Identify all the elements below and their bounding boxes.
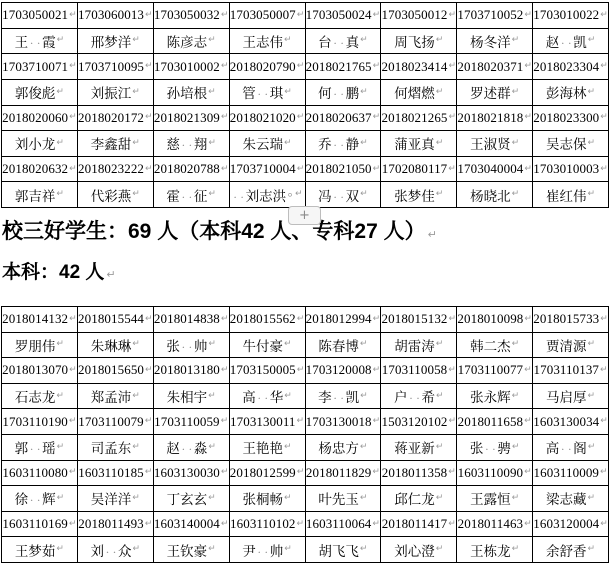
plus-icon: +: [299, 209, 310, 222]
end-of-cell-mark: ↵: [145, 62, 153, 71]
cell-text: 2018011829: [306, 465, 372, 481]
end-of-cell-mark: ↵: [132, 494, 140, 503]
student-id-cell[interactable]: 1702080117↵: [381, 157, 457, 183]
student-id-cell[interactable]: 2018020172↵: [78, 106, 154, 132]
space-dot-mark: ·: [566, 36, 573, 50]
end-of-cell-mark: ↵: [297, 11, 305, 20]
student-name-cell[interactable]: 王梦茹↵: [2, 537, 78, 563]
student-name-cell[interactable]: 代彩燕↵: [78, 182, 154, 208]
end-of-cell-mark: ↵: [436, 443, 444, 452]
student-id-cell[interactable]: 1703010003↵: [533, 157, 609, 183]
cell-text: 马启厚: [546, 386, 587, 406]
student-name-cell[interactable]: 郭吉祥↵: [2, 182, 78, 208]
student-name-cell[interactable]: 张桐畅↵: [230, 486, 306, 512]
space-dot-mark: ·: [111, 545, 118, 559]
student-name-cell[interactable]: 杨晓北↵: [457, 182, 533, 208]
student-name-cell[interactable]: 胡飞飞↵: [306, 537, 382, 563]
student-id-cell[interactable]: 1603120004↵: [533, 512, 609, 538]
student-name-cell[interactable]: 张··帅↵: [154, 333, 230, 359]
end-of-cell-mark: ↵: [436, 494, 444, 503]
cell-text: 2018012599: [230, 465, 296, 481]
cell-text: 王艳艳: [243, 437, 284, 457]
student-name-cell[interactable]: 韩二杰↵: [457, 333, 533, 359]
end-of-cell-mark: ↵: [208, 494, 216, 503]
student-name-cell[interactable]: 管··琪↵: [230, 80, 306, 106]
student-name-cell[interactable]: 刘小龙↵: [2, 131, 78, 157]
student-id-cell[interactable]: 2018015132↵: [381, 307, 457, 333]
end-of-cell-mark: ↵: [221, 11, 229, 20]
end-of-cell-mark: ↵: [448, 165, 456, 174]
student-name-cell[interactable]: 孙培根↵: [154, 80, 230, 106]
student-name-cell[interactable]: 梁志藏↵: [533, 486, 609, 512]
end-of-cell-mark: ↵: [436, 545, 444, 554]
student-name-cell[interactable]: 邢梦洋↵: [78, 29, 154, 55]
cell-text: 邱仁龙: [394, 488, 435, 508]
space-dot-mark: ·: [490, 442, 497, 456]
end-of-cell-mark: ↵: [448, 366, 456, 375]
cell-text: 王淑贤: [470, 133, 511, 153]
table-insert-plus-button[interactable]: +: [288, 206, 321, 225]
end-of-cell-mark: ↵: [56, 545, 64, 554]
student-id-cell[interactable]: 2018011493↵: [78, 512, 154, 538]
end-of-cell-mark: ↵: [372, 468, 380, 477]
cell-text: 1703150005: [230, 362, 296, 378]
student-id-cell[interactable]: 2018015544↵: [78, 307, 154, 333]
cell-text: 1603120004: [533, 516, 599, 532]
student-id-cell[interactable]: 1703040004↵: [457, 157, 533, 183]
student-name-cell[interactable]: 王露恒↵: [457, 486, 533, 512]
end-of-cell-mark: ↵: [145, 417, 153, 426]
student-id-cell[interactable]: 1703060013↵: [78, 3, 154, 29]
student-name-cell[interactable]: 崔红伟↵: [533, 182, 609, 208]
student-id-cell[interactable]: 1603130034↵: [533, 409, 609, 435]
student-id-cell[interactable]: 2018011463↵: [457, 512, 533, 538]
end-of-cell-mark: ↵: [221, 113, 229, 122]
student-name-cell[interactable]: 张梦佳↵: [381, 182, 457, 208]
student-name-cell[interactable]: 蒋亚新↵: [381, 435, 457, 461]
student-awards-table-1: 1703050021↵1703060013↵1703050032↵1703050…: [1, 2, 609, 208]
student-id-cell[interactable]: 2018021309↵: [154, 106, 230, 132]
student-id-cell[interactable]: 1703050032↵: [154, 3, 230, 29]
student-id-cell[interactable]: 2018013180↵: [154, 358, 230, 384]
student-name-cell[interactable]: 赵··凯↵: [533, 29, 609, 55]
end-of-cell-mark: ↵: [221, 520, 229, 529]
end-of-cell-mark: ↵: [512, 36, 520, 45]
student-name-cell[interactable]: 胡雷涛↵: [381, 333, 457, 359]
end-of-cell-mark: ↵: [436, 139, 444, 148]
student-id-cell[interactable]: 2018014838↵: [154, 307, 230, 333]
cell-text: 孙培根: [167, 82, 208, 102]
space-dot-mark: ·: [180, 340, 187, 354]
cell-text: 丁玄玄: [167, 488, 208, 508]
student-name-cell[interactable]: 郑孟沛↵: [78, 384, 154, 410]
student-id-cell[interactable]: 2018023304↵: [533, 54, 609, 80]
cell-text: 蒲亚真: [394, 133, 435, 153]
end-of-cell-mark: ↵: [360, 190, 368, 199]
end-of-cell-mark: ↵: [69, 468, 77, 477]
cell-text: 1703110137: [534, 362, 600, 378]
end-of-cell-mark: ↵: [208, 340, 216, 349]
cell-text: 1603110169: [2, 516, 68, 532]
student-id-cell[interactable]: 1703050024↵: [306, 3, 382, 29]
space-dot-mark: ·: [339, 190, 346, 204]
cell-text: 赵··淼: [166, 437, 207, 457]
end-of-cell-mark: ↵: [56, 88, 64, 97]
student-id-cell[interactable]: 2018012994↵: [306, 307, 382, 333]
student-id-cell[interactable]: 2018014132↵: [2, 307, 78, 333]
end-of-cell-mark: ↵: [57, 494, 65, 503]
student-name-cell[interactable]: 邱仁龙↵: [381, 486, 457, 512]
student-name-cell[interactable]: 贾清源↵: [533, 333, 609, 359]
cell-text: 2018020371: [457, 59, 523, 75]
cell-text: 1703110077: [458, 362, 524, 378]
space-dot-mark: ·: [187, 442, 194, 456]
student-name-cell[interactable]: 张··骋↵: [457, 435, 533, 461]
student-name-cell[interactable]: 朱琳琳↵: [78, 333, 154, 359]
student-id-cell[interactable]: 1703010022↵: [533, 3, 609, 29]
student-id-cell[interactable]: 2018021020↵: [230, 106, 306, 132]
student-name-cell[interactable]: 赵··淼↵: [154, 435, 230, 461]
cell-text: 刘振江: [91, 82, 132, 102]
student-name-cell[interactable]: 陈彦志↵: [154, 29, 230, 55]
cell-text: 郭吉祥: [15, 185, 56, 205]
student-name-cell[interactable]: 丁玄玄↵: [154, 486, 230, 512]
student-name-cell[interactable]: 李··凯↵: [306, 384, 382, 410]
end-of-cell-mark: ↵: [284, 392, 292, 401]
student-name-cell[interactable]: 王淑贤↵: [457, 131, 533, 157]
student-name-cell[interactable]: 霍··征↵: [154, 182, 230, 208]
student-name-cell[interactable]: 高··阁↵: [533, 435, 609, 461]
student-id-cell[interactable]: 2018011417↵: [381, 512, 457, 538]
cell-text: 王钦豪: [167, 540, 208, 560]
student-id-cell[interactable]: 2018013070↵: [2, 358, 78, 384]
student-name-cell[interactable]: 叶先玉↵: [306, 486, 382, 512]
student-id-cell[interactable]: 2018023300↵: [533, 106, 609, 132]
end-of-cell-mark: ↵: [208, 392, 216, 401]
student-id-cell[interactable]: 1703110077↵: [457, 358, 533, 384]
end-of-cell-mark: ↵: [221, 468, 229, 477]
student-id-cell[interactable]: 2018011658↵: [457, 409, 533, 435]
cell-text: 1703050012: [382, 7, 448, 23]
student-id-cell[interactable]: 1703130011↵: [230, 409, 306, 435]
student-name-cell[interactable]: 刘··众↵: [78, 537, 154, 563]
cell-text: 2018020788: [154, 161, 220, 177]
end-of-cell-mark: ↵: [448, 468, 456, 477]
cell-text: 韩二杰: [470, 335, 511, 355]
student-name-cell[interactable]: 王艳艳↵: [230, 435, 306, 461]
end-of-cell-mark: ↵: [449, 113, 457, 122]
end-of-cell-mark: ↵: [132, 88, 140, 97]
end-of-cell-mark: ↵: [512, 139, 520, 148]
cell-text: 管··琪: [242, 82, 283, 102]
end-of-cell-mark: ↵: [297, 417, 305, 426]
end-of-cell-mark: ↵: [284, 443, 292, 452]
end-of-cell-mark: ↵: [221, 165, 229, 174]
cell-text: 1703710004: [230, 161, 296, 177]
student-id-cell[interactable]: 1703120008↵: [306, 358, 382, 384]
cell-text: 1603110102: [230, 516, 296, 532]
end-of-cell-mark: ↵: [284, 139, 292, 148]
cell-text: 霍··征: [166, 185, 207, 205]
student-name-cell[interactable]: 朱云瑞↵: [230, 131, 306, 157]
cell-text: 贾清源: [546, 335, 587, 355]
student-id-cell[interactable]: 2018015650↵: [78, 358, 154, 384]
cell-text: 崔红伟: [546, 185, 587, 205]
student-id-cell[interactable]: 2018015562↵: [230, 307, 306, 333]
space-dot-mark: ·: [263, 391, 270, 405]
end-of-cell-mark: ↵: [524, 366, 532, 375]
cell-text: 1703050032: [154, 7, 220, 23]
student-id-cell[interactable]: 1703150005↵: [230, 358, 306, 384]
space-dot-mark: ·: [339, 391, 346, 405]
end-of-cell-mark: ↵: [133, 545, 141, 554]
cell-text: 吴洋洋: [91, 488, 132, 508]
student-id-cell[interactable]: 2018020790↵: [230, 54, 306, 80]
student-id-cell[interactable]: 2018020060↵: [2, 106, 78, 132]
cell-text: 罗朋伟: [15, 335, 56, 355]
space-dot-mark: ·: [35, 493, 42, 507]
student-name-cell[interactable]: 杨冬洋↵: [457, 29, 533, 55]
cell-text: 胡飞飞: [318, 540, 359, 560]
cell-text: 2018020632: [2, 161, 68, 177]
cell-text: 1603110080: [2, 465, 68, 481]
student-name-cell[interactable]: 户··希↵: [381, 384, 457, 410]
award-summary-heading[interactable]: 校三好学生：69 人（本科42 人、专科27 人）↵: [2, 219, 437, 245]
cell-text: 刘小龙: [15, 133, 56, 153]
student-id-cell[interactable]: 1703710095↵: [78, 54, 154, 80]
student-name-cell[interactable]: 余舒香↵: [533, 537, 609, 563]
end-of-cell-mark: ↵: [524, 468, 532, 477]
cell-text: ··刘志洪°: [232, 185, 294, 205]
student-name-cell[interactable]: 杨忠方↵: [306, 435, 382, 461]
cell-text: 叶先玉: [318, 488, 359, 508]
student-id-cell[interactable]: 1603110185↵: [78, 461, 154, 487]
student-id-cell[interactable]: 1703710052↵: [457, 3, 533, 29]
cell-text: 罗述群: [470, 82, 511, 102]
student-id-cell[interactable]: 1603110102↵: [230, 512, 306, 538]
cell-text: 1703110058: [382, 362, 448, 378]
end-of-cell-mark: ↵: [208, 88, 216, 97]
student-name-cell[interactable]: 吴洋洋↵: [78, 486, 154, 512]
student-id-cell[interactable]: 2018012599↵: [230, 461, 306, 487]
student-name-cell[interactable]: 司孟东↵: [78, 435, 154, 461]
end-of-cell-mark: ↵: [69, 366, 77, 375]
end-of-cell-mark: ↵: [373, 113, 381, 122]
end-of-cell-mark: ↵: [284, 494, 292, 503]
end-of-cell-mark: ↵: [436, 36, 444, 45]
end-of-cell-mark: ↵: [132, 340, 140, 349]
student-name-cell[interactable]: 台··真↵: [306, 29, 382, 55]
student-id-cell[interactable]: 1703050021↵: [2, 3, 78, 29]
cell-text: 1503120102: [382, 414, 448, 430]
student-name-cell[interactable]: 彭海林↵: [533, 80, 609, 106]
student-id-cell[interactable]: 2018021265↵: [381, 106, 457, 132]
cell-text: 2018021765: [306, 59, 372, 75]
cell-text: 陈春博: [318, 335, 359, 355]
student-name-cell[interactable]: 张永辉↵: [457, 384, 533, 410]
student-name-cell[interactable]: 朱相宇↵: [154, 384, 230, 410]
cell-text: 朱琳琳: [91, 335, 132, 355]
student-name-cell[interactable]: ··刘志洪°↵: [230, 182, 306, 208]
student-id-cell[interactable]: 1703110058↵: [381, 358, 457, 384]
end-of-cell-mark: ↵: [208, 545, 216, 554]
student-id-cell[interactable]: 2018023222↵: [78, 157, 154, 183]
cell-text: 2018020060: [2, 110, 68, 126]
student-id-cell[interactable]: 1703110059↵: [154, 409, 230, 435]
student-id-cell[interactable]: 2018011829↵: [306, 461, 382, 487]
student-id-cell[interactable]: 2018020637↵: [306, 106, 382, 132]
end-of-cell-mark: ↵: [221, 315, 229, 324]
student-id-cell[interactable]: 1603110064↵: [306, 512, 382, 538]
student-name-cell[interactable]: 周飞扬↵: [381, 29, 457, 55]
student-id-cell[interactable]: 1703110137↵: [533, 358, 609, 384]
student-name-cell[interactable]: 徐··辉↵: [2, 486, 78, 512]
student-id-cell[interactable]: 2018021765↵: [306, 54, 382, 80]
end-of-cell-mark: ↵: [284, 545, 292, 554]
student-name-cell[interactable]: 郭俊彪↵: [2, 80, 78, 106]
end-of-cell-mark: ↵: [360, 494, 368, 503]
student-id-cell[interactable]: 1703710071↵: [2, 54, 78, 80]
cell-text: 张梦佳: [394, 185, 435, 205]
end-of-cell-mark: ↵: [600, 520, 608, 529]
student-id-cell[interactable]: 2018015733↵: [533, 307, 609, 333]
student-name-cell[interactable]: 刘心澄↵: [381, 537, 457, 563]
student-id-cell[interactable]: 2018021818↵: [457, 106, 533, 132]
student-name-cell[interactable]: 牛付豪↵: [230, 333, 306, 359]
cell-text: 1603130030: [154, 465, 220, 481]
space-dot-mark: ·: [187, 340, 194, 354]
cell-text: 张··帅: [166, 335, 207, 355]
end-of-cell-mark: ↵: [448, 520, 456, 529]
space-dot-mark: ·: [180, 190, 187, 204]
student-name-cell[interactable]: 李鑫甜↵: [78, 131, 154, 157]
student-id-cell[interactable]: 2018020371↵: [457, 54, 533, 80]
student-name-cell[interactable]: 王··霞↵: [2, 29, 78, 55]
end-of-cell-mark: ↵: [69, 520, 77, 529]
student-name-cell[interactable]: 王钦豪↵: [154, 537, 230, 563]
end-of-cell-mark: ↵: [524, 520, 532, 529]
end-of-cell-mark: ↵: [588, 392, 596, 401]
student-id-cell[interactable]: 2018011358↵: [381, 461, 457, 487]
student-id-cell[interactable]: 1703050007↵: [230, 3, 306, 29]
end-of-cell-mark: ↵: [284, 88, 292, 97]
student-id-cell[interactable]: 2018020632↵: [2, 157, 78, 183]
end-of-cell-mark: ↵: [132, 36, 140, 45]
end-of-cell-mark: ↵: [512, 494, 520, 503]
student-name-cell[interactable]: 何熠燃↵: [381, 80, 457, 106]
end-of-cell-mark: ↵: [360, 443, 368, 452]
space-dot-mark: ·: [332, 36, 339, 50]
student-name-cell[interactable]: 蒲亚真↵: [381, 131, 457, 157]
end-of-cell-mark: ↵: [524, 165, 532, 174]
space-dot-mark: ·: [187, 190, 194, 204]
space-dot-mark: ·: [187, 138, 194, 152]
cell-text: 郭俊彪: [15, 82, 56, 102]
student-id-cell[interactable]: 1703010002↵: [154, 54, 230, 80]
cell-text: 王露恒: [470, 488, 511, 508]
student-name-cell[interactable]: 罗朋伟↵: [2, 333, 78, 359]
student-id-cell[interactable]: 2018010098↵: [457, 307, 533, 333]
student-name-cell[interactable]: 刘振江↵: [78, 80, 154, 106]
student-name-cell[interactable]: 石志龙↵: [2, 384, 78, 410]
space-dot-mark: ·: [180, 138, 187, 152]
student-id-cell[interactable]: 2018023414↵: [381, 54, 457, 80]
end-of-cell-mark: ↵: [588, 494, 596, 503]
student-name-cell[interactable]: 尹··帅↵: [230, 537, 306, 563]
end-of-cell-mark: ↵: [297, 165, 305, 174]
student-name-cell[interactable]: 慈··翔↵: [154, 131, 230, 157]
student-id-cell[interactable]: 1703710004↵: [230, 157, 306, 183]
student-name-cell[interactable]: 王志伟↵: [230, 29, 306, 55]
cell-text: 1703710071: [2, 59, 68, 75]
cell-text: 李··凯: [318, 386, 359, 406]
space-dot-mark: ·: [35, 442, 42, 456]
student-name-cell[interactable]: 何··鹏↵: [306, 80, 382, 106]
end-of-cell-mark: ↵: [512, 392, 520, 401]
cell-text: 2018021818: [457, 110, 523, 126]
student-name-cell[interactable]: 郭··瑶↵: [2, 435, 78, 461]
end-of-cell-mark: ↵: [69, 11, 77, 20]
cell-text: 1703050007: [230, 7, 296, 23]
cell-text: 1603130034: [533, 414, 599, 430]
student-id-cell[interactable]: 1503120102↵: [381, 409, 457, 435]
end-of-cell-mark: ↵: [145, 468, 153, 477]
cell-text: 徐··辉: [15, 488, 56, 508]
student-id-cell[interactable]: 2018021050↵: [306, 157, 382, 183]
cell-text: 张桐畅: [243, 488, 284, 508]
cell-text: 2018013180: [154, 362, 220, 378]
student-name-cell[interactable]: 高··华↵: [230, 384, 306, 410]
cell-text: 郑孟沛: [91, 386, 132, 406]
cell-text: 2018015132: [382, 311, 448, 327]
student-name-cell[interactable]: 陈春博↵: [306, 333, 382, 359]
cell-text: 2018011658: [458, 414, 524, 430]
student-name-cell[interactable]: 乔··静↵: [306, 131, 382, 157]
student-id-cell[interactable]: 1703110079↵: [78, 409, 154, 435]
end-of-cell-mark: ↵: [600, 315, 608, 324]
student-name-cell[interactable]: 吴志保↵: [533, 131, 609, 157]
student-name-cell[interactable]: 冯··双↵: [306, 182, 382, 208]
cell-text: 2018015733: [533, 311, 599, 327]
student-name-cell[interactable]: 罗述群↵: [457, 80, 533, 106]
cell-text: 1603110185: [78, 465, 144, 481]
student-id-cell[interactable]: 1703050012↵: [381, 3, 457, 29]
end-of-cell-mark: ↵: [145, 520, 153, 529]
end-of-cell-mark: ↵: [360, 36, 368, 45]
cell-text: 2018013070: [2, 362, 68, 378]
student-id-cell[interactable]: 1703130018↵: [306, 409, 382, 435]
student-id-cell[interactable]: 2018020788↵: [154, 157, 230, 183]
undergraduate-count-heading[interactable]: 本科：42 人↵: [2, 261, 116, 285]
student-id-cell[interactable]: 1603140004↵: [154, 512, 230, 538]
end-of-cell-mark: ↵: [373, 62, 381, 71]
student-id-cell[interactable]: 1603110090↵: [457, 461, 533, 487]
student-id-cell[interactable]: 1603110009↵: [533, 461, 609, 487]
end-of-cell-mark: ↵: [588, 190, 596, 199]
student-awards-table-2: 2018014132↵2018015544↵2018014838↵2018015…: [1, 306, 609, 563]
student-name-cell[interactable]: 王栋龙↵: [457, 537, 533, 563]
student-name-cell[interactable]: 马启厚↵: [533, 384, 609, 410]
cell-text: 1603110009: [534, 465, 600, 481]
student-id-cell[interactable]: 1603110169↵: [2, 512, 78, 538]
space-dot-mark: ·: [339, 138, 346, 152]
cell-text: 张··骋: [470, 437, 511, 457]
student-id-cell[interactable]: 1603130030↵: [154, 461, 230, 487]
end-of-cell-mark: ↵: [208, 443, 216, 452]
cell-text: 2018010098: [457, 311, 523, 327]
student-id-cell[interactable]: 1703110190↵: [2, 409, 78, 435]
student-id-cell[interactable]: 1603110080↵: [2, 461, 78, 487]
